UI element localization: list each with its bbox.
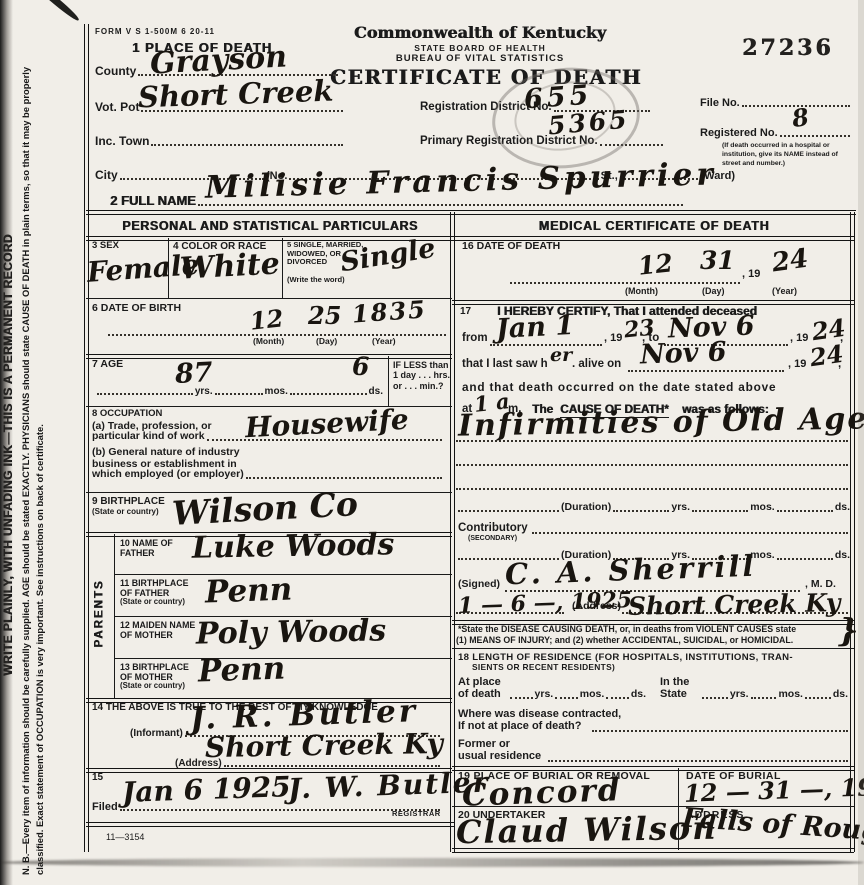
- dot-leader: [290, 393, 367, 395]
- form-code: FORM V S 1-500M 6 20-11: [95, 27, 215, 36]
- dot-leader: [628, 370, 784, 372]
- mos-label: mos.: [750, 502, 775, 514]
- race-value: White: [179, 249, 280, 284]
- to-year-prefix: , 19: [790, 332, 808, 345]
- rule: [452, 648, 854, 649]
- from-label: from: [462, 332, 488, 345]
- dot-leader: [606, 697, 629, 699]
- serial-number: 27236: [742, 36, 834, 61]
- dot-leader: [456, 488, 848, 490]
- parents-vertical-label: PARENTS: [93, 544, 106, 684]
- informant-address-value: Short Creek Ky: [205, 730, 443, 762]
- mother-birthplace-label: 13 BIRTHPLACE OF MOTHER: [120, 662, 200, 682]
- votpot-value: Short Creek: [138, 77, 334, 113]
- rule: [452, 300, 854, 305]
- dob-year: 1835: [351, 297, 427, 326]
- contributory-label: Contributory: [458, 522, 528, 535]
- mother-name-label: 12 MAIDEN NAME OF MOTHER: [120, 620, 206, 640]
- dot-leader: [198, 204, 683, 206]
- ds-label: ds.: [833, 689, 848, 701]
- lastsaw-value: Nov 6: [640, 338, 727, 368]
- age-mos-label: mos.: [265, 386, 288, 397]
- yrs-label: yrs.: [671, 502, 690, 514]
- residence-label-2: SIENTS OR RECENT RESIDENTS): [472, 663, 615, 673]
- dod-day-caption: (Day): [702, 286, 725, 296]
- filed-label: Filed: [92, 801, 118, 813]
- dot-leader: [613, 510, 669, 512]
- dot-leader: [458, 510, 559, 512]
- county-value: Grayson: [149, 42, 287, 79]
- occupation-a2: particular kind of work: [92, 431, 205, 443]
- scan-streak-topleft: [27, 0, 81, 23]
- signed-date-value: 1 — 6 —, 1925: [458, 589, 633, 617]
- dot-leader: [555, 697, 578, 699]
- yrs-label: yrs.: [535, 689, 554, 701]
- mother-birthplace-value: Penn: [197, 653, 285, 687]
- city-label: City: [95, 169, 118, 182]
- hospital-note: (If death occurred in a hospital or inst…: [722, 142, 856, 168]
- rule: [452, 236, 854, 241]
- burial-place-value: Concord: [462, 775, 622, 812]
- registered-no-row: Registered No.: [700, 124, 852, 139]
- dot-leader: [456, 464, 848, 466]
- dot-leader: [246, 477, 442, 479]
- cell-divider: [282, 238, 283, 298]
- cause-footnote-2: (1) MEANS OF INJURY; and (2) whether ACC…: [456, 635, 793, 645]
- father-birthplace-label: 11 BIRTHPLACE OF FATHER: [120, 578, 200, 598]
- secondary-label: (SECONDARY): [468, 535, 517, 543]
- bureau-label: BUREAU OF VITAL STATISTICS: [340, 54, 620, 65]
- county-label: County: [95, 65, 136, 78]
- inctown-label: Inc. Town: [95, 135, 149, 148]
- registrar-signature: J. W. Butler: [288, 768, 490, 803]
- contracted-label-1: Where was disease contracted,: [458, 708, 621, 721]
- primary-district-value: 5365: [547, 106, 630, 138]
- mos-label: mos.: [580, 689, 605, 701]
- occupation-value: Housewife: [244, 406, 409, 443]
- occupation-b3: which employed (or employer): [92, 469, 244, 481]
- ds-label: ds.: [835, 550, 850, 562]
- cause-footnote-1: *State the DISEASE CAUSING DEATH, or, in…: [458, 624, 796, 634]
- frame-left: [84, 24, 89, 852]
- form-footer-code: 11—3154: [106, 832, 144, 842]
- rule: [452, 620, 854, 625]
- dot-leader: [532, 532, 848, 534]
- dot-leader: [777, 558, 833, 560]
- atplace-label-2: of death: [458, 688, 501, 701]
- header-bottom-rule: [86, 210, 856, 215]
- scan-edge-right: [858, 0, 864, 885]
- file-no-row: File No.: [700, 94, 852, 109]
- age-ds-label: ds.: [369, 386, 383, 397]
- frame-right: [850, 212, 855, 852]
- year-caption: (Year): [372, 337, 396, 347]
- age-label: 7 AGE: [92, 358, 123, 370]
- from-value: Jan 1: [495, 312, 574, 343]
- former-label-2: usual residence: [458, 750, 541, 763]
- occupation-b3-row: which employed (or employer): [92, 468, 444, 481]
- birthplace-hint: (State or country): [92, 507, 159, 516]
- father-name-value: Luke Woods: [192, 530, 395, 564]
- dot-leader: [777, 510, 833, 512]
- rule: [86, 354, 452, 359]
- dot-leader: [120, 809, 440, 811]
- atplace-duration-row: yrs. mos. ds.: [508, 687, 646, 701]
- scan-smudge-bottom: [0, 858, 864, 867]
- instate-duration-row: yrs. mos. ds.: [700, 687, 848, 701]
- age-years-value: 87: [174, 359, 213, 388]
- mother-birthplace-hint: (State or country): [120, 682, 185, 691]
- dod-year-value: 24: [770, 246, 809, 277]
- lastsaw-year-prefix: , 19: [788, 358, 806, 371]
- informant-label: (Informant): [130, 728, 183, 739]
- dod-year-caption: (Year): [772, 286, 797, 296]
- day-caption: (Day): [316, 337, 337, 347]
- yrs-label: yrs.: [730, 689, 749, 701]
- mos-label: mos.: [778, 689, 803, 701]
- physician-signature: C. A. Sherrill: [505, 552, 757, 590]
- commonwealth-title: Commonwealth of Kentucky: [340, 24, 620, 42]
- sex-label: 3 SEX: [92, 241, 119, 252]
- father-birthplace-value: Penn: [204, 574, 292, 608]
- former-label-1: Former or: [458, 738, 510, 751]
- father-birthplace-hint: (State or country): [120, 598, 185, 607]
- dod-month-value: 12: [637, 250, 674, 279]
- dod-month-caption: (Month): [625, 286, 658, 296]
- dot-leader: [751, 697, 777, 699]
- cause-of-death-value: Infirmities of Old Age: [458, 404, 864, 441]
- birthplace-label: 9 BIRTHPLACE: [92, 496, 165, 508]
- duration-row-1: (Duration) yrs. mos. ds.: [456, 500, 850, 514]
- occupation-b1: (b) General nature of industry: [92, 446, 240, 458]
- atplace-label-1: At place: [458, 676, 501, 689]
- dod-fill-line: [510, 282, 740, 284]
- footnote-brace-mark: }: [838, 614, 859, 646]
- occurred-line: and that death occurred on the date stat…: [462, 381, 776, 395]
- from-year-prefix: , 19: [604, 332, 622, 345]
- undertaker-value: Claud Wilson: [456, 812, 718, 849]
- rule: [452, 766, 854, 771]
- filed-number: 15: [92, 772, 103, 784]
- lastsaw-label: that I last saw h: [462, 358, 548, 371]
- ifless-box-divider: [388, 356, 389, 406]
- margin-note-body: N. B.—Every item of information should b…: [19, 35, 46, 875]
- contracted-label-2: If not at place of death?: [458, 720, 581, 733]
- dob-fill-line: [108, 334, 446, 336]
- dob-month: 12: [249, 306, 285, 333]
- lastsaw-year-value: 24: [808, 342, 844, 370]
- scan-edge-left: [0, 0, 13, 885]
- from-year-value: 23: [623, 316, 656, 341]
- ds-label: ds.: [835, 502, 850, 514]
- dod-year-prefix: , 19: [742, 268, 760, 281]
- votpot-label: Vot. Pot: [95, 101, 139, 114]
- dot-leader: [702, 697, 728, 699]
- dot-leader: [97, 393, 193, 395]
- dot-leader: [510, 697, 533, 699]
- inctown-row: Inc. Town: [95, 132, 345, 148]
- registered-no-value: 8: [790, 105, 810, 131]
- filed-date-value: Jan 6 1925: [122, 773, 292, 807]
- dob-label: 6 DATE OF BIRTH: [92, 302, 181, 314]
- birthplace-value: Wilson Co: [171, 487, 358, 530]
- dot-leader: [805, 697, 831, 699]
- lastsaw-label2: . alive on: [572, 358, 621, 371]
- dob-day: 25: [308, 304, 341, 328]
- dot-leader: [692, 510, 748, 512]
- ifless-note: IF LESS than 1 day . . . hrs. or . . . m…: [393, 360, 451, 391]
- dot-leader: [548, 760, 848, 762]
- duration-label: (Duration): [561, 502, 611, 514]
- fullname-label: 2 FULL NAME: [110, 194, 196, 208]
- instate-label-1: In the: [660, 676, 689, 689]
- dot-leader: [224, 765, 440, 767]
- medical-section-title: MEDICAL CERTIFICATE OF DEATH: [458, 219, 850, 233]
- instate-label-2: State: [660, 688, 687, 701]
- personal-section-title: PERSONAL AND STATISTICAL PARTICULARS: [90, 219, 450, 233]
- registered-no-label: Registered No.: [700, 127, 778, 139]
- burial-date-value: 12 — 31 —, 1924: [684, 774, 864, 806]
- father-name-label: 10 NAME OF FATHER: [120, 538, 186, 558]
- dot-leader: [780, 135, 850, 137]
- scanned-death-certificate: WRITE PLAINLY, WITH UNFADING INK—THIS IS…: [0, 0, 864, 885]
- ds-label: ds.: [631, 689, 646, 701]
- signed-label: (Signed): [458, 578, 500, 590]
- dot-leader: [151, 144, 343, 146]
- month-caption: (Month): [253, 337, 284, 347]
- file-no-label: File No.: [700, 97, 740, 109]
- occupation-label: 8 OCCUPATION: [92, 409, 162, 420]
- lastsaw-insert-value: er: [550, 346, 572, 365]
- dod-day-value: 31: [700, 248, 735, 273]
- signed-address-value: Short Creek Ky: [628, 590, 841, 619]
- dod-label: 16 DATE OF DEATH: [462, 240, 560, 252]
- mother-name-value: Poly Woods: [196, 616, 387, 649]
- dot-leader: [592, 730, 848, 732]
- age-days-value: 6: [352, 354, 369, 379]
- age-row: yrs. mos. ds.: [95, 382, 383, 397]
- rule: [86, 822, 454, 827]
- dot-leader: [215, 393, 263, 395]
- certify-number: 17: [460, 306, 471, 318]
- marital-hint: (Write the word): [287, 276, 345, 285]
